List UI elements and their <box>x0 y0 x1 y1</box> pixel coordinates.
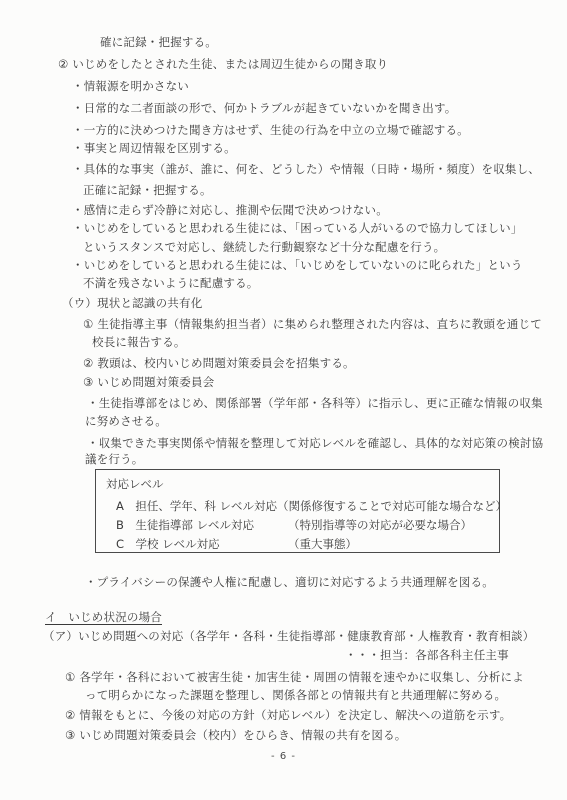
staff-assignment-line: ・・・担当：各部各科主任主事 <box>345 648 509 662</box>
numbered-item-line: ③ いじめ問題対策委員会 <box>83 375 214 389</box>
continuation-line: 確に記録・把握する。 <box>100 35 217 49</box>
bullet-line: ・事実と周辺情報を区別する。 <box>72 141 236 155</box>
bullet-line: ・いじめをしていると思われる生徒には、「いじめをしていないのに叱られた」という <box>72 258 523 272</box>
level-label: B 生徒指導部 レベル対応 <box>116 518 254 532</box>
wrap-line: 議を行う。 <box>85 452 144 466</box>
numbered-item-line: ③ いじめ問題対策委員会（校内）をひらき、情報の共有を図る。 <box>65 728 407 742</box>
level-row: C 学校 レベル対応 （重大事態） <box>116 537 495 551</box>
numbered-item-line: ② 情報をもとに、今後の対応の方針（対応レベル）を決定し、解決への道筋を示す。 <box>65 708 511 722</box>
level-label: A 担任、学年、科 レベル対応（関係修復することで対応可能な場合など） <box>116 499 507 513</box>
bullet-line: ・具体的な事実（誰が、誰に、何を、どうした）や情報（日時・場所・頻度）を収集し、 <box>72 162 540 176</box>
bullet-line: ・感情に走らず冷静に対応し、推測や伝聞で決めつけない。 <box>72 203 388 217</box>
response-level-box: 対応レベル A 担任、学年、科 レベル対応（関係修復することで対応可能な場合など… <box>95 469 500 553</box>
page-number: - 6 - <box>0 751 567 762</box>
wrap-line: というスタンスで対応し、継続した行動観察など十分な配慮を行う。 <box>83 240 445 254</box>
bullet-line: ・日常的な二者面談の形で、何かトラブルが起きていないかを聞き出す。 <box>72 101 457 115</box>
sub-section-heading: （ア）いじめ問題への対応（各学年・各科・生徒指導部・健康教育部・人権教育・教育相… <box>43 629 534 643</box>
level-note: （特別指導等の対応が必要な場合） <box>288 518 472 532</box>
bullet-line: ・生徒指導部をはじめ、関係部署（学年部・各科等）に指示し、更に正確な情報の収集 <box>87 396 543 410</box>
wrap-line: 校長に報告する。 <box>92 335 186 349</box>
wrap-line: って明らかになった課題を整理し、関係各部との情報共有と共通理解に努める。 <box>85 688 506 702</box>
level-row: A 担任、学年、科 レベル対応（関係修復することで対応可能な場合など） <box>116 499 495 513</box>
bullet-line: ・情報源を明かさない <box>72 79 189 93</box>
bullet-line: ・一方的に決めつけた聞き方はせず、生徒の行為を中立の立場で確認する。 <box>72 123 469 137</box>
wrap-line: 不満を残さないように配慮する。 <box>83 276 259 290</box>
bullet-line: ・いじめをしていると思われる生徒には、「困っている人がいるので協力してほしい」 <box>72 221 523 235</box>
level-label: C 学校 レベル対応 <box>116 537 220 551</box>
level-row: B 生徒指導部 レベル対応 （特別指導等の対応が必要な場合） <box>116 518 495 532</box>
document-page: 確に記録・把握する。 ② いじめをしたとされた生徒、または周辺生徒からの聞き取り… <box>0 0 567 800</box>
numbered-item-line: ① 生徒指導主事（情報集約担当者）に集められ整理された内容は、直ちに教頭を通じて <box>83 317 542 331</box>
numbered-item-line: ② 教頭は、校内いじめ問題対策委員会を招集する。 <box>83 356 355 370</box>
bullet-line: ・プライバシーの保護や人権に配慮し、適切に対応するよう共通理解を図る。 <box>85 575 494 589</box>
level-note: （重大事態） <box>288 537 357 551</box>
bullet-line: ・収集できた事実関係や情報を整理して対応レベルを確認し、具体的な対応策の検討協 <box>87 436 543 450</box>
wrap-line: 正確に記録・把握する。 <box>83 183 212 197</box>
wrap-line: に努めさせる。 <box>85 414 167 428</box>
section-heading: イ いじめ状況の場合 <box>45 610 162 624</box>
section-heading: （ウ）現状と認識の共有化 <box>62 296 202 310</box>
item-heading: ② いじめをしたとされた生徒、または周辺生徒からの聞き取り <box>58 57 388 71</box>
numbered-item-line: ① 各学年・各科において被害生徒・加害生徒・周囲の情報を速やかに収集し、分析によ <box>65 670 524 684</box>
box-title: 対応レベル <box>106 477 164 491</box>
